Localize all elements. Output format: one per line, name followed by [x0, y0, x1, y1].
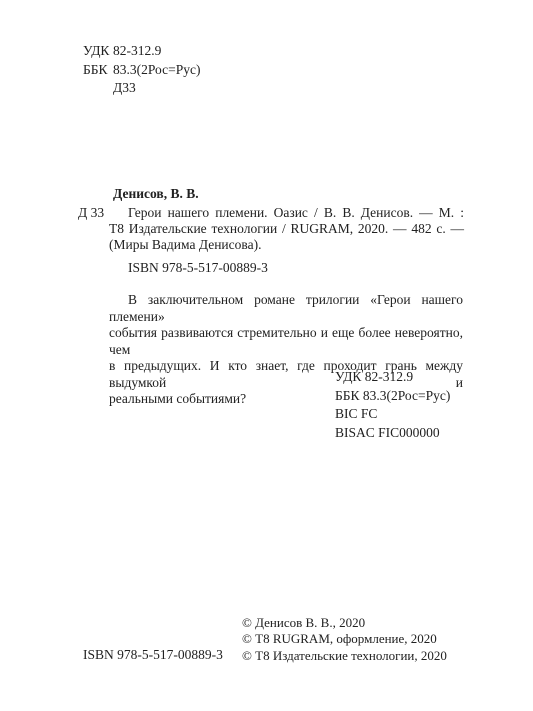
copyright-block: © Денисов В. В., 2020 © Т8 RUGRAM, оформ…: [242, 615, 447, 664]
classification-line-bbk: ББК 83.3(2Рос=Рус): [335, 387, 450, 406]
udk-value: 82-312.9: [113, 43, 161, 58]
catalog-entry-line: Т8 Издательские технологии / RUGRAM, 202…: [109, 221, 464, 237]
udk-label: УДК: [83, 42, 113, 61]
author-heading: Денисов, В. В.: [113, 186, 199, 202]
classification-line-udk: УДК 82-312.9: [335, 368, 450, 387]
catalog-entry: Д 33 Герои нашего племени. Оазис / В. В.…: [109, 205, 464, 252]
bottom-isbn: ISBN 978-5-517-00889-3: [83, 647, 223, 663]
annotation-line: В заключительном романе трилогии «Герои …: [109, 292, 463, 325]
copyright-line: © Денисов В. В., 2020: [242, 615, 447, 631]
copyright-line: © Т8 RUGRAM, оформление, 2020: [242, 631, 447, 647]
author-sign-value: Д33: [113, 80, 136, 95]
top-classification-block: УДК82-312.9 ББК83.3(2Рос=Рус) Д33: [83, 42, 200, 98]
catalog-entry-line: Герои нашего племени. Оазис / В. В. Дени…: [109, 205, 464, 221]
catalog-index: Д 33: [78, 205, 104, 221]
classification-codes-block: УДК 82-312.9 ББК 83.3(2Рос=Рус) BIC FC B…: [335, 368, 450, 442]
catalog-entry-line: (Миры Вадима Денисова).: [109, 237, 464, 253]
bbk-value: 83.3(2Рос=Рус): [113, 62, 200, 77]
classification-line-bisac: BISAC FIC000000: [335, 424, 450, 443]
bbk-row: ББК83.3(2Рос=Рус): [83, 61, 200, 80]
udk-row: УДК82-312.9: [83, 42, 200, 61]
annotation-line: события развиваются стремительно и еще б…: [109, 325, 463, 358]
author-sign-row: Д33: [83, 79, 200, 98]
isbn-line: ISBN 978-5-517-00889-3: [128, 260, 268, 276]
copyright-line: © Т8 Издательские технологии, 2020: [242, 648, 447, 664]
book-imprint-page: УДК82-312.9 ББК83.3(2Рос=Рус) Д33 Денисо…: [0, 0, 533, 711]
classification-line-bic: BIC FC: [335, 405, 450, 424]
bbk-label: ББК: [83, 61, 113, 80]
